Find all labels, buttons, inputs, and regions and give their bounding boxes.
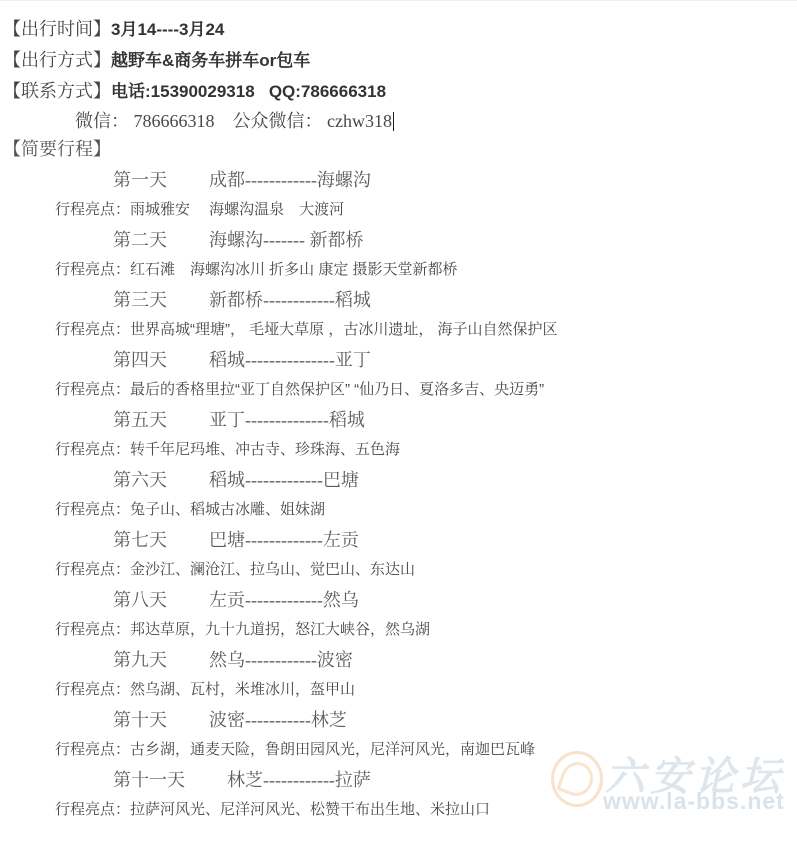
- day-row: 第四天稻城---------------亚丁: [0, 345, 797, 375]
- highlight-text: 邦达草原，九十九道拐，怒江大峡谷，然乌湖: [130, 621, 430, 638]
- day-group: 第一天成都------------海螺沟 行程亮点：雨城雅安 海螺沟温泉 大渡河: [0, 165, 797, 222]
- day-route: 巴塘-------------左贡: [209, 530, 359, 550]
- day-row: 第八天左贡-------------然乌: [0, 585, 797, 615]
- highlight-label: 行程亮点：: [55, 441, 130, 458]
- day-label: 第八天: [113, 590, 167, 610]
- day-route: 新都桥------------稻城: [209, 290, 371, 310]
- travel-time-line: 【出行时间】3月14----3月24: [0, 14, 797, 45]
- day-row: 第七天巴塘-------------左贡: [0, 525, 797, 555]
- day-group: 第五天亚丁--------------稻城 行程亮点：转千年尼玛堆、冲古寺、珍珠…: [0, 405, 797, 462]
- highlight-label: 行程亮点：: [55, 621, 130, 638]
- day-group: 第四天稻城---------------亚丁 行程亮点：最后的香格里拉“亚丁自然…: [0, 345, 797, 402]
- day-label: 第二天: [113, 230, 167, 250]
- day-row: 第二天海螺沟------- 新都桥: [0, 225, 797, 255]
- highlight-row: 行程亮点：最后的香格里拉“亚丁自然保护区” “仙乃日、夏洛多吉、央迈勇”: [0, 378, 797, 402]
- highlight-label: 行程亮点：: [55, 681, 130, 698]
- highlight-text: 世界高城“理塘”， 毛垭大草原 ，古冰川遗址， 海子山自然保护区: [130, 321, 558, 338]
- highlight-text: 拉萨河风光、尼洋河风光、松赞干布出生地、米拉山口: [130, 801, 490, 818]
- day-route: 林芝------------拉萨: [227, 770, 371, 790]
- day-row: 第十天波密-----------林芝: [0, 705, 797, 735]
- highlight-row: 行程亮点：世界高城“理塘”， 毛垭大草原 ，古冰川遗址， 海子山自然保护区: [0, 318, 797, 342]
- wechat-text: 微信： 786666318 公众微信： czhw318: [75, 111, 392, 131]
- highlight-label: 行程亮点：: [55, 321, 130, 338]
- highlight-label: 行程亮点：: [55, 561, 130, 578]
- highlight-label: 行程亮点：: [55, 501, 130, 518]
- day-group: 第二天海螺沟------- 新都桥 行程亮点：红石滩 海螺沟冰川 折多山 康定 …: [0, 225, 797, 282]
- highlight-row: 行程亮点：金沙江、澜沧江、拉乌山、觉巴山、东达山: [0, 558, 797, 582]
- travel-time-label: 【出行时间】: [3, 19, 111, 39]
- highlight-text: 最后的香格里拉“亚丁自然保护区” “仙乃日、夏洛多吉、央迈勇”: [130, 381, 544, 398]
- highlight-row: 行程亮点：然乌湖、瓦村，米堆冰川，盔甲山: [0, 678, 797, 702]
- travel-time-value: 3月14----3月24: [111, 20, 224, 39]
- day-group: 第七天巴塘-------------左贡 行程亮点：金沙江、澜沧江、拉乌山、觉巴…: [0, 525, 797, 582]
- highlight-text: 兔子山、稻城古冰雕、姐妹湖: [130, 501, 325, 518]
- post-content: 【出行时间】3月14----3月24 【出行方式】越野车&商务车拼车or包车 【…: [0, 1, 797, 822]
- highlight-row: 行程亮点：邦达草原，九十九道拐，怒江大峡谷，然乌湖: [0, 618, 797, 642]
- day-label: 第三天: [113, 290, 167, 310]
- highlight-text: 古乡湖，通麦天险，鲁朗田园风光，尼洋河风光，南迦巴瓦峰: [130, 741, 535, 758]
- day-group: 第三天新都桥------------稻城 行程亮点：世界高城“理塘”， 毛垭大草…: [0, 285, 797, 342]
- day-route: 左贡-------------然乌: [209, 590, 359, 610]
- day-row: 第三天新都桥------------稻城: [0, 285, 797, 315]
- highlight-row: 行程亮点：兔子山、稻城古冰雕、姐妹湖: [0, 498, 797, 522]
- section-title-itinerary: 【简要行程】: [0, 136, 797, 163]
- day-label: 第六天: [113, 470, 167, 490]
- day-group: 第十天波密-----------林芝 行程亮点：古乡湖，通麦天险，鲁朗田园风光，…: [0, 705, 797, 762]
- day-label: 第四天: [113, 350, 167, 370]
- contact-label: 【联系方式】: [3, 81, 111, 101]
- highlight-text: 金沙江、澜沧江、拉乌山、觉巴山、东达山: [130, 561, 415, 578]
- highlight-text: 转千年尼玛堆、冲古寺、珍珠海、五色海: [130, 441, 400, 458]
- day-row: 第一天成都------------海螺沟: [0, 165, 797, 195]
- text-caret: [393, 112, 394, 131]
- day-route: 波密-----------林芝: [209, 710, 347, 730]
- day-group: 第六天稻城-------------巴塘 行程亮点：兔子山、稻城古冰雕、姐妹湖: [0, 465, 797, 522]
- day-label: 第七天: [113, 530, 167, 550]
- highlight-row: 行程亮点：拉萨河风光、尼洋河风光、松赞干布出生地、米拉山口: [0, 798, 797, 822]
- highlight-text: 然乌湖、瓦村，米堆冰川，盔甲山: [130, 681, 355, 698]
- day-route: 成都------------海螺沟: [209, 170, 371, 190]
- day-label: 第九天: [113, 650, 167, 670]
- highlight-label: 行程亮点：: [55, 801, 130, 818]
- day-row: 第十一天林芝------------拉萨: [0, 765, 797, 795]
- highlight-text: 雨城雅安 海螺沟温泉 大渡河: [130, 201, 344, 218]
- highlight-label: 行程亮点：: [55, 261, 130, 278]
- day-route: 稻城---------------亚丁: [209, 350, 371, 370]
- highlight-label: 行程亮点：: [55, 741, 130, 758]
- wechat-line[interactable]: 微信： 786666318 公众微信： czhw318: [0, 107, 797, 136]
- travel-mode-value: 越野车&商务车拼车or包车: [111, 51, 310, 70]
- day-label: 第十一天: [113, 770, 185, 790]
- contact-value: 电话:15390029318 QQ:786666318: [111, 82, 386, 101]
- day-row: 第五天亚丁--------------稻城: [0, 405, 797, 435]
- day-group: 第八天左贡-------------然乌 行程亮点：邦达草原，九十九道拐，怒江大…: [0, 585, 797, 642]
- travel-mode-line: 【出行方式】越野车&商务车拼车or包车: [0, 45, 797, 76]
- highlight-row: 行程亮点：红石滩 海螺沟冰川 折多山 康定 摄影天堂新都桥: [0, 258, 797, 282]
- highlight-label: 行程亮点：: [55, 381, 130, 398]
- day-group: 第十一天林芝------------拉萨 行程亮点：拉萨河风光、尼洋河风光、松赞…: [0, 765, 797, 822]
- day-label: 第五天: [113, 410, 167, 430]
- day-route: 稻城-------------巴塘: [209, 470, 359, 490]
- highlight-text: 红石滩 海螺沟冰川 折多山 康定 摄影天堂新都桥: [130, 261, 458, 278]
- day-row: 第六天稻城-------------巴塘: [0, 465, 797, 495]
- day-group: 第九天然乌------------波密 行程亮点：然乌湖、瓦村，米堆冰川，盔甲山: [0, 645, 797, 702]
- day-route: 亚丁--------------稻城: [209, 410, 365, 430]
- highlight-row: 行程亮点：雨城雅安 海螺沟温泉 大渡河: [0, 198, 797, 222]
- day-route: 然乌------------波密: [209, 650, 353, 670]
- day-label: 第一天: [113, 170, 167, 190]
- highlight-label: 行程亮点：: [55, 201, 130, 218]
- highlight-row: 行程亮点：转千年尼玛堆、冲古寺、珍珠海、五色海: [0, 438, 797, 462]
- day-row: 第九天然乌------------波密: [0, 645, 797, 675]
- day-label: 第十天: [113, 710, 167, 730]
- highlight-row: 行程亮点：古乡湖，通麦天险，鲁朗田园风光，尼洋河风光，南迦巴瓦峰: [0, 738, 797, 762]
- day-route: 海螺沟------- 新都桥: [209, 230, 363, 250]
- contact-line: 【联系方式】电话:15390029318 QQ:786666318: [0, 76, 797, 107]
- travel-mode-label: 【出行方式】: [3, 50, 111, 70]
